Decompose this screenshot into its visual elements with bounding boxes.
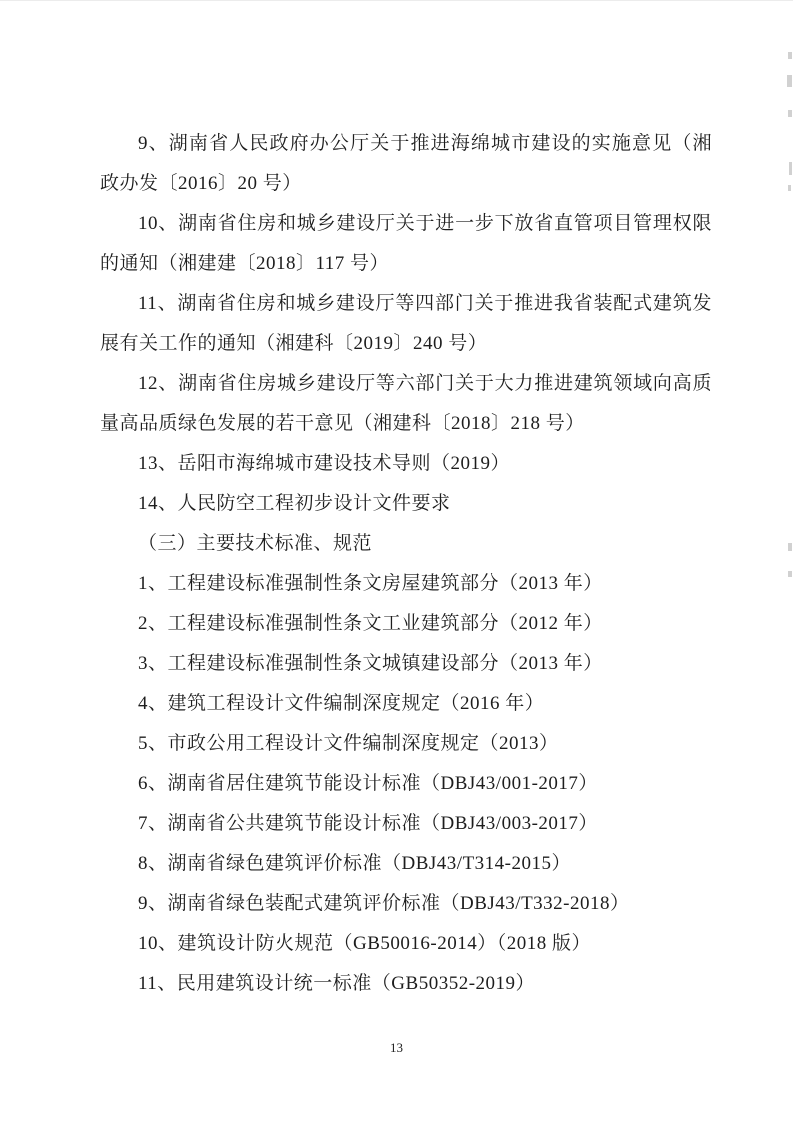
page-content: 9、湖南省人民政府办公厅关于推进海绵城市建设的实施意见（湘政办发〔2016〕20… bbox=[100, 124, 712, 1004]
scan-artifact bbox=[788, 543, 792, 551]
standard-item: 4、建筑工程设计文件编制深度规定（2016 年） bbox=[100, 684, 712, 724]
standard-item: 2、工程建设标准强制性条文工业建筑部分（2012 年） bbox=[100, 604, 712, 644]
section-heading: （三）主要技术标准、规范 bbox=[100, 524, 712, 564]
standard-item: 1、工程建设标准强制性条文房屋建筑部分（2013 年） bbox=[100, 564, 712, 604]
scan-artifact bbox=[787, 75, 792, 87]
standard-item: 11、民用建筑设计统一标准（GB50352-2019） bbox=[100, 964, 712, 1004]
scan-artifact bbox=[788, 110, 792, 117]
scan-artifact bbox=[789, 162, 792, 175]
scan-artifact bbox=[788, 185, 791, 191]
standard-item: 5、市政公用工程设计文件编制深度规定（2013） bbox=[100, 724, 712, 764]
regulation-item: 14、人民防空工程初步设计文件要求 bbox=[100, 484, 712, 524]
scan-artifact bbox=[788, 571, 792, 577]
regulation-item: 10、湖南省住房和城乡建设厅关于进一步下放省直管项目管理权限的通知（湘建建〔20… bbox=[100, 204, 712, 284]
standard-item: 6、湖南省居住建筑节能设计标准（DBJ43/001-2017） bbox=[100, 764, 712, 804]
regulation-item: 12、湖南省住房城乡建设厅等六部门关于大力推进建筑领域向高质量高品质绿色发展的若… bbox=[100, 364, 712, 444]
regulation-item: 11、湖南省住房和城乡建设厅等四部门关于推进我省装配式建筑发展有关工作的通知（湘… bbox=[100, 284, 712, 364]
scan-artifact bbox=[788, 52, 792, 59]
regulation-item: 13、岳阳市海绵城市建设技术导则（2019） bbox=[100, 444, 712, 484]
standard-item: 9、湖南省绿色装配式建筑评价标准（DBJ43/T332-2018） bbox=[100, 884, 712, 924]
standard-item: 8、湖南省绿色建筑评价标准（DBJ43/T314-2015） bbox=[100, 844, 712, 884]
standard-item: 3、工程建设标准强制性条文城镇建设部分（2013 年） bbox=[100, 644, 712, 684]
standard-item: 10、建筑设计防火规范（GB50016-2014）（2018 版） bbox=[100, 924, 712, 964]
page-number: 13 bbox=[0, 1038, 793, 1058]
document-page: 9、湖南省人民政府办公厅关于推进海绵城市建设的实施意见（湘政办发〔2016〕20… bbox=[0, 0, 793, 1122]
standard-item: 7、湖南省公共建筑节能设计标准（DBJ43/003-2017） bbox=[100, 804, 712, 844]
regulation-item: 9、湖南省人民政府办公厅关于推进海绵城市建设的实施意见（湘政办发〔2016〕20… bbox=[100, 124, 712, 204]
scan-edge-line bbox=[0, 0, 793, 1]
